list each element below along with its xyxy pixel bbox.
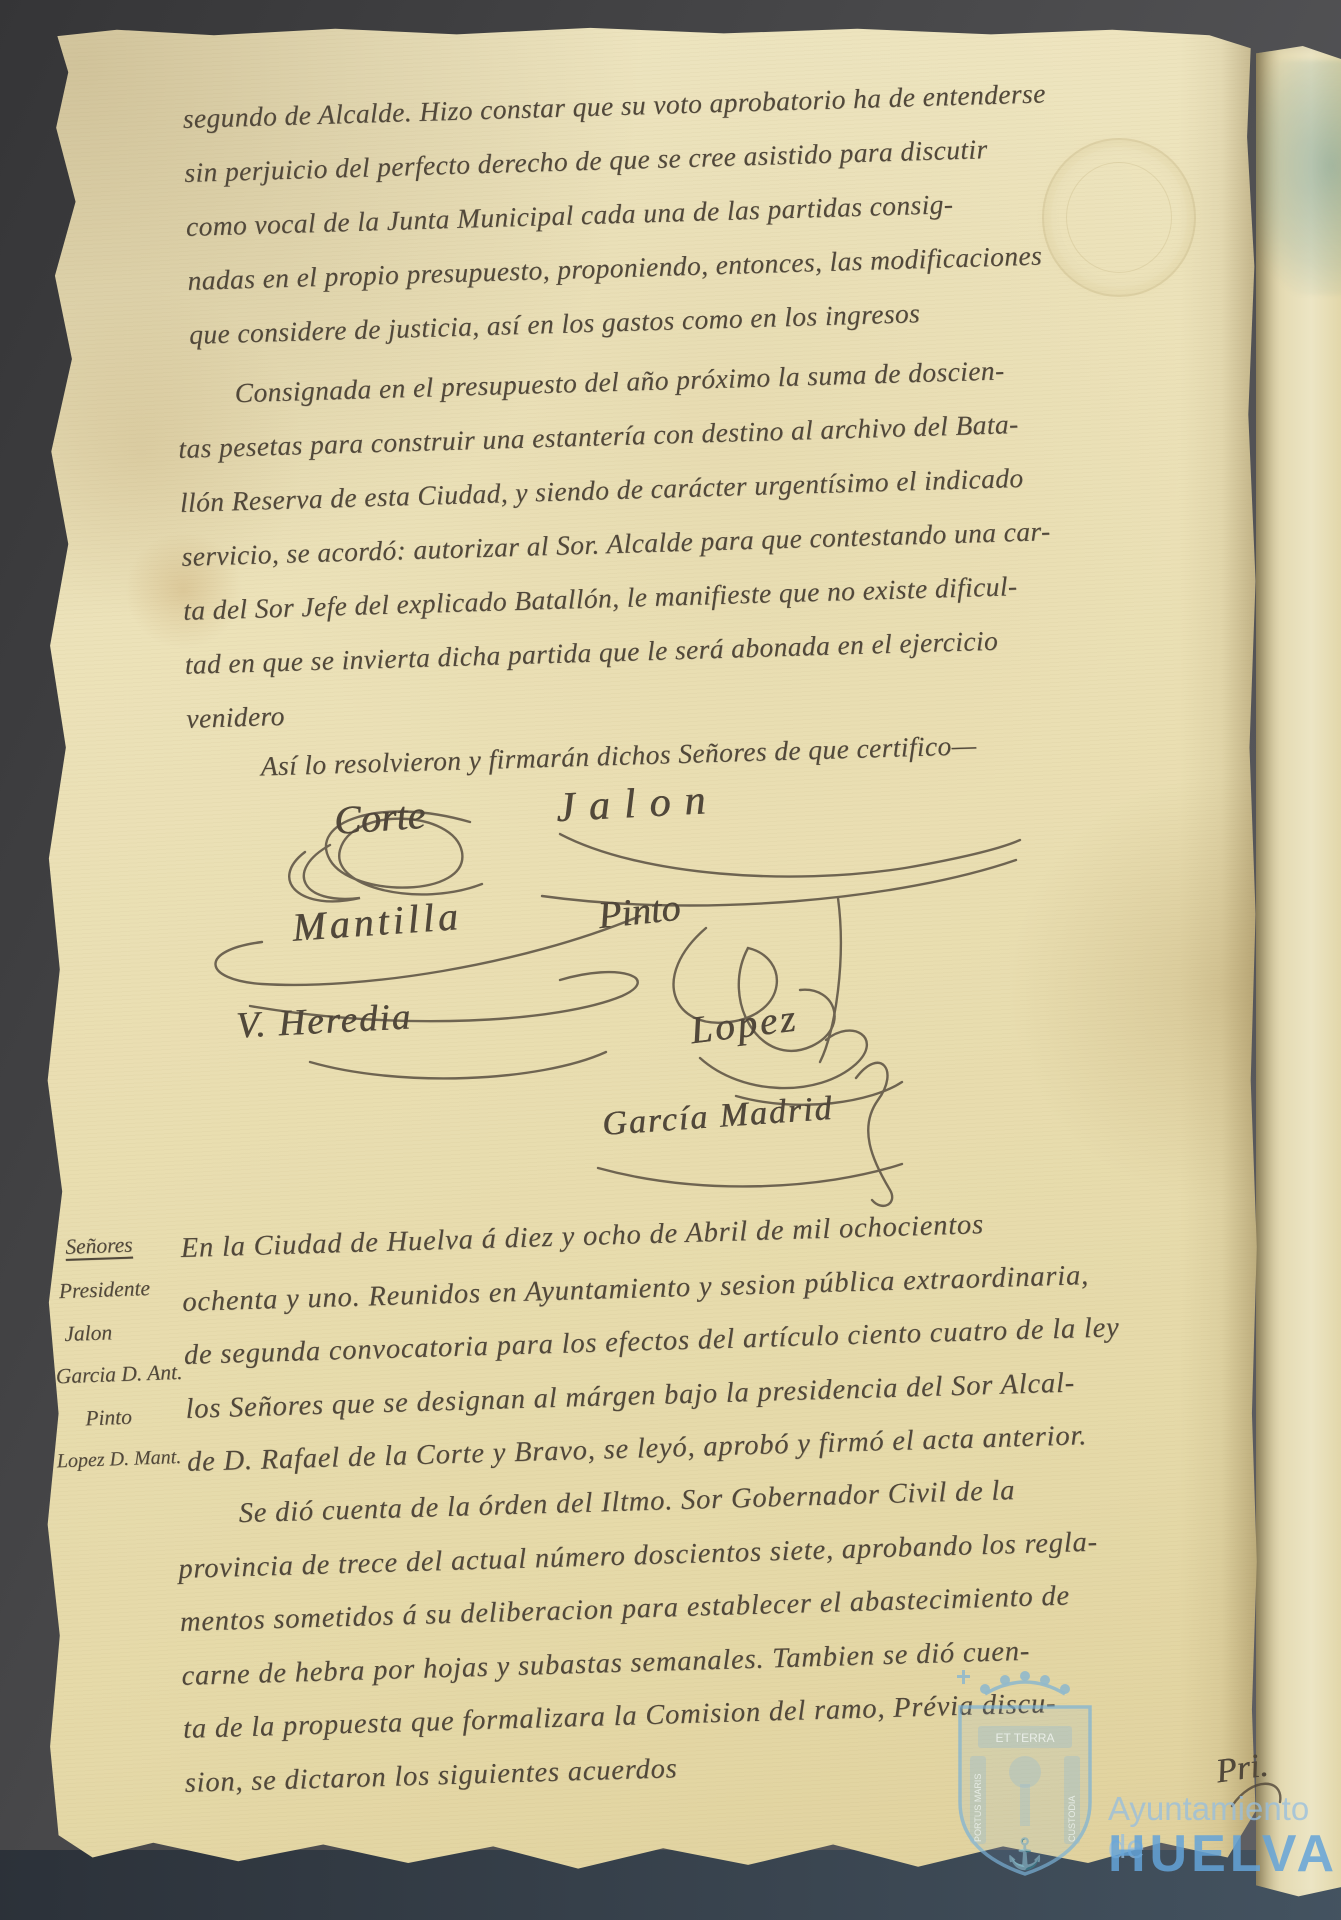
- scanned-manuscript-spread: segundo de Alcalde. Hizo constar que su …: [0, 0, 1341, 1920]
- paragraph-budget-shelving: Consignada en el presupuesto del año pró…: [176, 342, 1056, 746]
- margin-attendee: Lopez D. Mant.: [56, 1436, 193, 1483]
- catchword-mark: Pri.: [1214, 1747, 1271, 1792]
- paragraph-session-opening: En la Ciudad de Huelva á diez y ocho de …: [180, 1194, 1123, 1489]
- margin-attendee: Jalon: [64, 1308, 189, 1355]
- next-page-edge: [1256, 46, 1341, 1902]
- margin-attendee: Presidente: [58, 1266, 187, 1313]
- margin-attendee: Pinto: [85, 1393, 192, 1439]
- margin-heading: Señores: [65, 1220, 187, 1270]
- paragraph-vote-statement: segundo de Alcalde. Hizo constar que su …: [182, 66, 1053, 361]
- margin-attendee-list: Señores Presidente Jalon Garcia D. Ant. …: [51, 1220, 194, 1483]
- paragraph-governor-order: Se dió cuenta de la órden del Iltmo. Sor…: [176, 1462, 1105, 1810]
- signature-pinto: Pinto: [596, 886, 682, 938]
- signature-jalon: Jalon: [555, 776, 721, 832]
- signature-heredia: V. Heredia: [235, 995, 413, 1047]
- signature-corte: Corte: [332, 791, 426, 844]
- ink-stamp-ghost: [1256, 60, 1341, 295]
- margin-attendee: Garcia D. Ant.: [55, 1351, 190, 1398]
- embossed-seal: [1042, 138, 1196, 297]
